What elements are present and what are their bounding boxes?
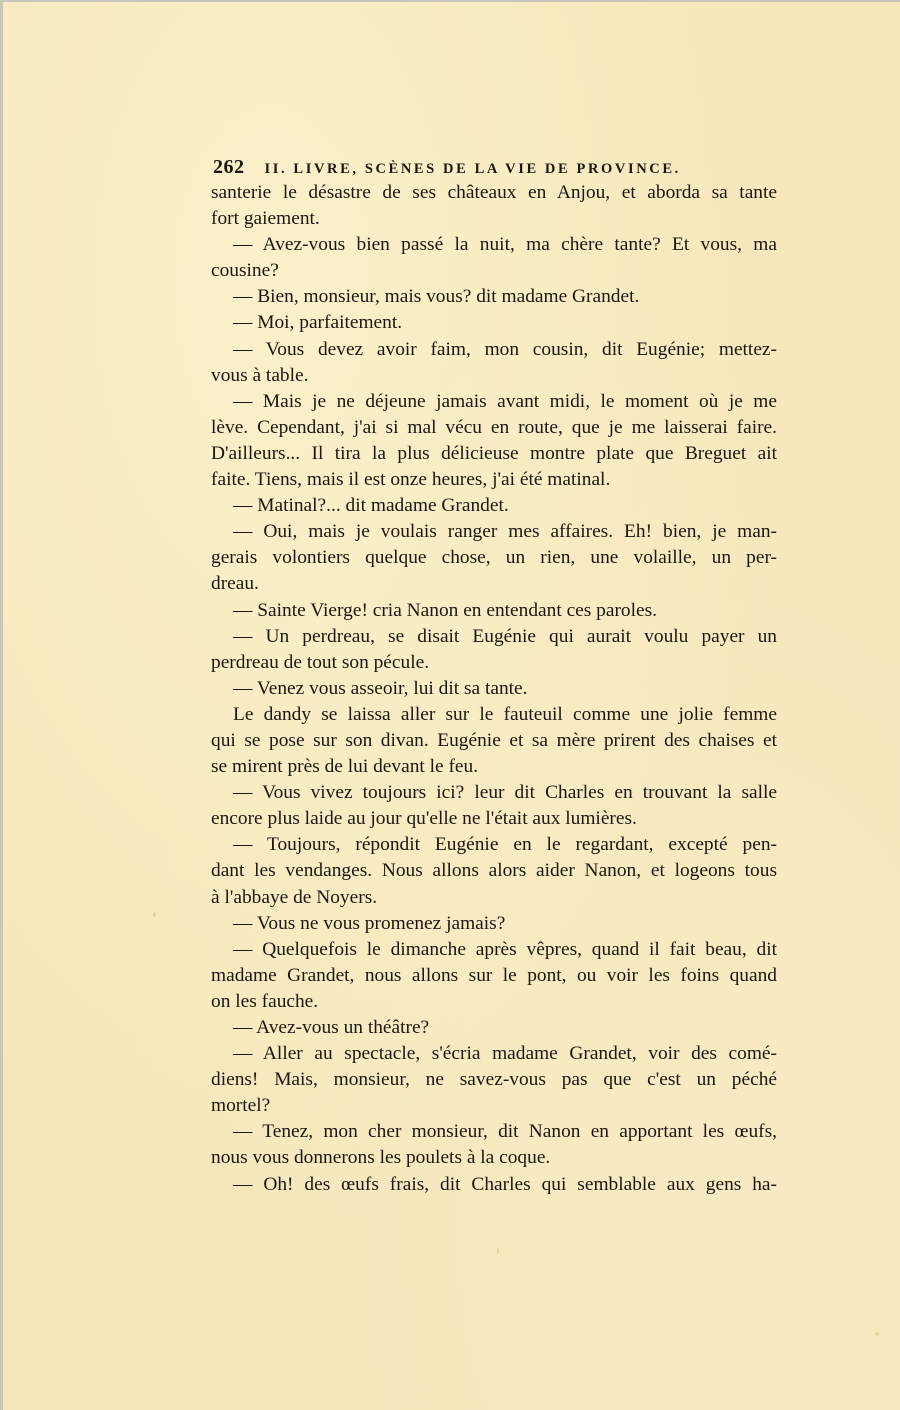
paragraph: — Vous ne vous promenez jamais? xyxy=(211,911,777,937)
text-line: — Vous ne vous promenez jamais? xyxy=(211,911,777,937)
paper-stain xyxy=(497,1248,499,1254)
text-line: — Oh! des œufs frais, dit Charles qui se… xyxy=(211,1172,777,1198)
paragraph: — Bien, monsieur, mais vous? dit madame … xyxy=(211,284,777,310)
body-text: santerie le désastre de ses châteaux en … xyxy=(211,180,777,1198)
text-line: lève. Cependant, j'ai si mal vécu en rou… xyxy=(211,415,777,441)
paragraph: — Mais je ne déjeune jamais avant midi, … xyxy=(211,389,777,493)
text-line: se mirent près de lui devant le feu. xyxy=(211,754,777,780)
text-line: — Un perdreau, se disait Eugénie qui aur… xyxy=(211,624,777,650)
text-line: — Bien, monsieur, mais vous? dit madame … xyxy=(211,284,777,310)
text-line: — Avez-vous un théâtre? xyxy=(211,1015,777,1041)
text-line: — Quelquefois le dimanche après vêpres, … xyxy=(211,937,777,963)
text-line: santerie le désastre de ses châteaux en … xyxy=(211,180,777,206)
text-line: — Aller au spectacle, s'écria madame Gra… xyxy=(211,1041,777,1067)
paragraph: — Un perdreau, se disait Eugénie qui aur… xyxy=(211,624,777,676)
paragraph: — Quelquefois le dimanche après vêpres, … xyxy=(211,937,777,1015)
paragraph: — Vous vivez toujours ici? leur dit Char… xyxy=(211,780,777,832)
text-line: diens! Mais, monsieur, ne savez-vous pas… xyxy=(211,1067,777,1093)
paragraph: — Tenez, mon cher monsieur, dit Nanon en… xyxy=(211,1119,777,1171)
book-page: 262 II. LIVRE, SCÈNES DE LA VIE DE PROVI… xyxy=(3,2,900,1410)
text-line: à l'abbaye de Noyers. xyxy=(211,885,777,911)
paragraph: — Avez-vous un théâtre? xyxy=(211,1015,777,1041)
paragraph: — Aller au spectacle, s'écria madame Gra… xyxy=(211,1041,777,1119)
text-line: qui se pose sur son divan. Eugénie et sa… xyxy=(211,728,777,754)
text-line: on les fauche. xyxy=(211,989,777,1015)
paragraph: — Venez vous asseoir, lui dit sa tante. xyxy=(211,676,777,702)
text-line: — Sainte Vierge! cria Nanon en entendant… xyxy=(211,598,777,624)
paragraph: — Moi, parfaitement. xyxy=(211,310,777,336)
text-line: nous vous donnerons les poulets à la coq… xyxy=(211,1145,777,1171)
text-line: gerais volontiers quelque chose, un rien… xyxy=(211,545,777,571)
text-line: madame Grandet, nous allons sur le pont,… xyxy=(211,963,777,989)
text-line: — Vous devez avoir faim, mon cousin, dit… xyxy=(211,337,777,363)
paragraph: Le dandy se laissa aller sur le fauteuil… xyxy=(211,702,777,780)
paragraph: — Oh! des œufs frais, dit Charles qui se… xyxy=(211,1172,777,1198)
text-line: fort gaiement. xyxy=(211,206,777,232)
text-line: — Avez-vous bien passé la nuit, ma chère… xyxy=(211,232,777,258)
running-head: 262 II. LIVRE, SCÈNES DE LA VIE DE PROVI… xyxy=(211,154,777,180)
text-line: — Tenez, mon cher monsieur, dit Nanon en… xyxy=(211,1119,777,1145)
paper-stain xyxy=(153,912,156,917)
text-line: perdreau de tout son pécule. xyxy=(211,650,777,676)
text-line: — Mais je ne déjeune jamais avant midi, … xyxy=(211,389,777,415)
page-number: 262 xyxy=(213,154,245,180)
text-line: — Toujours, répondit Eugénie en le regar… xyxy=(211,832,777,858)
text-line: — Moi, parfaitement. xyxy=(211,310,777,336)
text-line: D'ailleurs... Il tira la plus délicieuse… xyxy=(211,441,777,467)
page-text: 262 II. LIVRE, SCÈNES DE LA VIE DE PROVI… xyxy=(211,154,777,1198)
text-line: — Venez vous asseoir, lui dit sa tante. xyxy=(211,676,777,702)
paragraph: — Oui, mais je voulais ranger mes affair… xyxy=(211,519,777,597)
text-line: — Matinal?... dit madame Grandet. xyxy=(211,493,777,519)
paragraph: santerie le désastre de ses châteaux en … xyxy=(211,180,777,232)
text-line: faite. Tiens, mais il est onze heures, j… xyxy=(211,467,777,493)
paper-stain xyxy=(875,1332,879,1336)
paragraph: — Toujours, répondit Eugénie en le regar… xyxy=(211,832,777,910)
running-head-title: II. LIVRE, SCÈNES DE LA VIE DE PROVINCE. xyxy=(265,156,681,182)
text-line: dant les vendanges. Nous allons alors ai… xyxy=(211,858,777,884)
text-line: Le dandy se laissa aller sur le fauteuil… xyxy=(211,702,777,728)
text-line: vous à table. xyxy=(211,363,777,389)
text-line: cousine? xyxy=(211,258,777,284)
text-line: — Oui, mais je voulais ranger mes affair… xyxy=(211,519,777,545)
paragraph: — Avez-vous bien passé la nuit, ma chère… xyxy=(211,232,777,284)
paragraph: — Matinal?... dit madame Grandet. xyxy=(211,493,777,519)
text-line: dreau. xyxy=(211,571,777,597)
paragraph: — Vous devez avoir faim, mon cousin, dit… xyxy=(211,337,777,389)
text-line: encore plus laide au jour qu'elle ne l'é… xyxy=(211,806,777,832)
text-line: mortel? xyxy=(211,1093,777,1119)
text-line: — Vous vivez toujours ici? leur dit Char… xyxy=(211,780,777,806)
paragraph: — Sainte Vierge! cria Nanon en entendant… xyxy=(211,598,777,624)
